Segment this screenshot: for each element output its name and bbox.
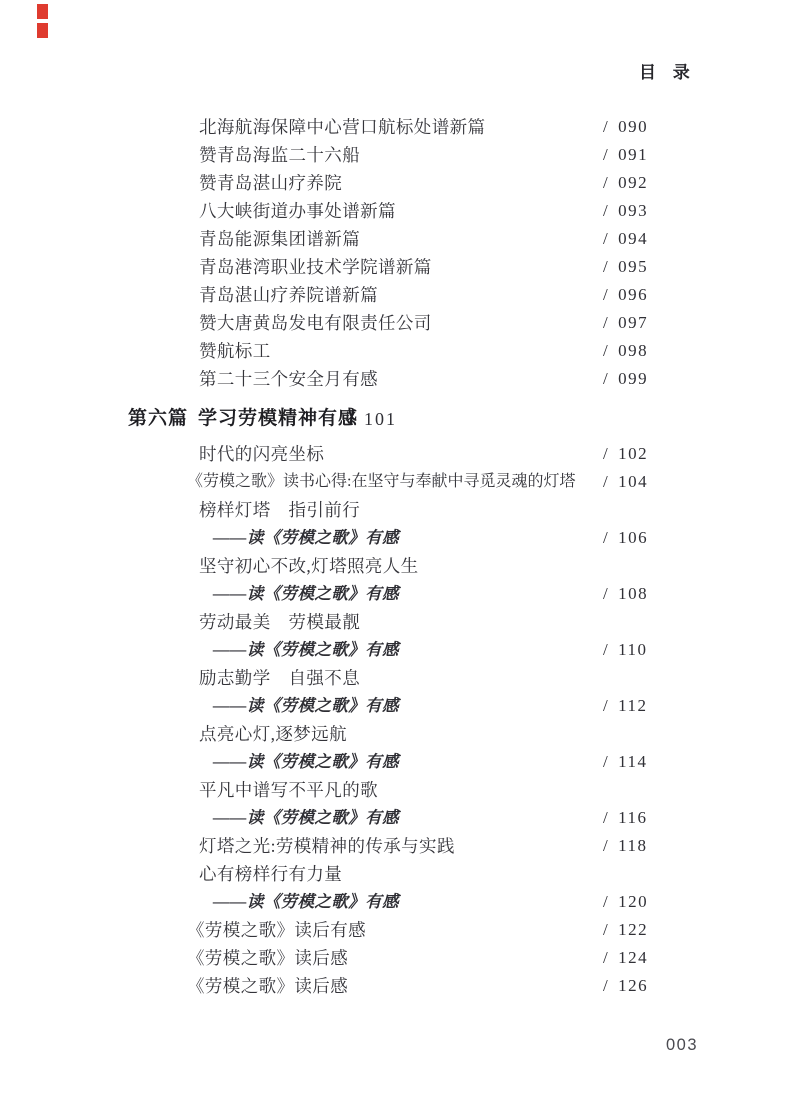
page-slash: / xyxy=(603,976,608,995)
page-slash: / xyxy=(603,145,608,164)
page-number: 095 xyxy=(618,253,648,281)
page-slash: / xyxy=(603,369,608,388)
toc-entry-page: /126 xyxy=(603,972,648,1000)
page-number: 112 xyxy=(618,692,647,720)
page-number: 124 xyxy=(618,944,648,972)
toc-entry-page: /124 xyxy=(603,944,648,972)
toc-entry-page: /118 xyxy=(603,832,648,860)
toc-entry: 赞航标工 /098 xyxy=(0,337,799,365)
toc-entry: 《劳模之歌》读后感 /126 xyxy=(0,972,799,1000)
toc-entry: 时代的闪亮坐标 /102 xyxy=(0,440,799,468)
page-number: 090 xyxy=(618,113,648,141)
toc-entry: 榜样灯塔 指引前行 xyxy=(0,496,799,524)
toc-entry-page: /112 xyxy=(603,692,648,720)
page-slash: / xyxy=(603,584,608,603)
toc-entry-title: 《劳模之歌》读后感 xyxy=(187,972,348,1000)
toc-entry-page: /108 xyxy=(603,580,648,608)
red-corner-mark xyxy=(37,4,48,42)
red-bar xyxy=(37,4,48,19)
toc-entry-title: 时代的闪亮坐标 xyxy=(199,440,324,468)
page-number: 092 xyxy=(618,169,648,197)
toc-entry: ——读《劳模之歌》有感 /114 xyxy=(0,748,799,776)
toc-entry: ——读《劳模之歌》有感 /108 xyxy=(0,580,799,608)
toc-entry: ——读《劳模之歌》有感 /110 xyxy=(0,636,799,664)
toc-entry-title: 青岛能源集团谱新篇 xyxy=(199,225,360,253)
page-slash: / xyxy=(603,836,608,855)
toc-entry-title: 北海航海保障中心营口航标处谱新篇 xyxy=(199,113,485,141)
toc-entry-title: 青岛港湾职业技术学院谱新篇 xyxy=(199,253,432,281)
page-number: 094 xyxy=(618,225,648,253)
page-number: 126 xyxy=(618,972,648,1000)
toc-entry: 《劳模之歌》读后感 /124 xyxy=(0,944,799,972)
page-slash: / xyxy=(603,640,608,659)
page-number: 102 xyxy=(618,440,648,468)
toc-entry-page: /104 xyxy=(603,468,648,496)
toc-entry: 灯塔之光:劳模精神的传承与实践 /118 xyxy=(0,832,799,860)
section-title: 学习劳模精神有感 xyxy=(198,404,358,434)
toc-entry: 第二十三个安全月有感 /099 xyxy=(0,365,799,393)
toc-entry-title: 《劳模之歌》读后感 xyxy=(187,944,348,972)
toc-entry: 点亮心灯,逐梦远航 xyxy=(0,720,799,748)
toc-entry-title: ——读《劳模之歌》有感 xyxy=(213,580,399,608)
toc-entry-title: 《劳模之歌》读书心得:在坚守与奉献中寻觅灵魂的灯塔 xyxy=(187,468,575,496)
toc-entry: 青岛能源集团谱新篇 /094 xyxy=(0,225,799,253)
toc-entry: 北海航海保障中心营口航标处谱新篇 /090 xyxy=(0,113,799,141)
toc-entry-page: /122 xyxy=(603,916,648,944)
toc-entry-page: /102 xyxy=(603,440,648,468)
toc-entry-title: ——读《劳模之歌》有感 xyxy=(213,804,399,832)
page-slash: / xyxy=(603,173,608,192)
toc-entry: 赞青岛湛山疗养院 /092 xyxy=(0,169,799,197)
toc-entry-page: /096 xyxy=(603,281,648,309)
page-number: 106 xyxy=(618,524,648,552)
toc-entry: 青岛湛山疗养院谱新篇 /096 xyxy=(0,281,799,309)
toc-entry-title: ——读《劳模之歌》有感 xyxy=(213,888,399,916)
toc-entry-title: 点亮心灯,逐梦远航 xyxy=(199,720,347,748)
toc-entry-page: /114 xyxy=(603,748,648,776)
toc-entry: 平凡中谱写不平凡的歌 xyxy=(0,776,799,804)
page-number: 091 xyxy=(618,141,648,169)
toc-entry: 赞大唐黄岛发电有限责任公司 /097 xyxy=(0,309,799,337)
toc-entry: 赞青岛海监二十六船 /091 xyxy=(0,141,799,169)
page-slash: / xyxy=(603,528,608,547)
toc-entry-page: /120 xyxy=(603,888,648,916)
red-bar xyxy=(37,23,48,38)
toc-entry: 心有榜样行有力量 xyxy=(0,860,799,888)
section-label: 第六篇 xyxy=(128,404,188,434)
page-slash: / xyxy=(603,696,608,715)
toc-page: 目 录 北海航海保障中心营口航标处谱新篇 /090 赞青岛海监二十六船 /091… xyxy=(0,0,799,1118)
section-header: 第六篇 学习劳模精神有感 / 101 xyxy=(0,404,799,434)
page-slash: / xyxy=(603,229,608,248)
toc-entry-page: /094 xyxy=(603,225,648,253)
toc-entry-title: 赞青岛湛山疗养院 xyxy=(199,169,342,197)
section-page-number: 101 xyxy=(364,404,397,434)
page-slash: / xyxy=(603,285,608,304)
toc-entry-title: 八大峡街道办事处谱新篇 xyxy=(199,197,396,225)
toc-entry-title: ——读《劳模之歌》有感 xyxy=(213,524,399,552)
page-number: 122 xyxy=(618,916,648,944)
page-slash: / xyxy=(603,257,608,276)
page-number: 099 xyxy=(618,365,648,393)
toc-entry: 《劳模之歌》读书心得:在坚守与奉献中寻觅灵魂的灯塔 /104 xyxy=(0,468,799,496)
toc-entry-title: 坚守初心不改,灯塔照亮人生 xyxy=(199,552,419,580)
page-number: 114 xyxy=(618,748,647,776)
toc-entry: ——读《劳模之歌》有感 /112 xyxy=(0,692,799,720)
toc-entry-title: 赞青岛海监二十六船 xyxy=(199,141,360,169)
page-number: 120 xyxy=(618,888,648,916)
toc-entry-page: /097 xyxy=(603,309,648,337)
page-number: 118 xyxy=(618,832,647,860)
page-number: 098 xyxy=(618,337,648,365)
toc-entry-page: /093 xyxy=(603,197,648,225)
section-page-slash: / xyxy=(349,404,354,434)
toc-entry: 八大峡街道办事处谱新篇 /093 xyxy=(0,197,799,225)
toc-entry-title: 第二十三个安全月有感 xyxy=(199,365,378,393)
toc-entry-title: 青岛湛山疗养院谱新篇 xyxy=(199,281,378,309)
toc-entry-title: 心有榜样行有力量 xyxy=(199,860,342,888)
page-slash: / xyxy=(603,948,608,967)
toc-entry-page: /095 xyxy=(603,253,648,281)
page-slash: / xyxy=(603,472,608,491)
toc-entry: 励志勤学 自强不息 xyxy=(0,664,799,692)
toc-entry-page: /106 xyxy=(603,524,648,552)
toc-entry: 劳动最美 劳模最靓 xyxy=(0,608,799,636)
page-number: 108 xyxy=(618,580,648,608)
folio-page-number: 003 xyxy=(666,1036,698,1055)
toc-entry: ——读《劳模之歌》有感 /116 xyxy=(0,804,799,832)
toc-entry-page: /090 xyxy=(603,113,648,141)
toc-list-part2: 时代的闪亮坐标 /102 《劳模之歌》读书心得:在坚守与奉献中寻觅灵魂的灯塔 /… xyxy=(0,440,799,1000)
toc-entry-page: /092 xyxy=(603,169,648,197)
toc-entry-title: 榜样灯塔 指引前行 xyxy=(199,496,360,524)
toc-entry-title: 劳动最美 劳模最靓 xyxy=(199,608,360,636)
page-slash: / xyxy=(603,444,608,463)
page-slash: / xyxy=(603,341,608,360)
toc-entry-title: ——读《劳模之歌》有感 xyxy=(213,748,399,776)
page-number: 097 xyxy=(618,309,648,337)
toc-entry-page: /110 xyxy=(603,636,648,664)
toc-entry-title: 灯塔之光:劳模精神的传承与实践 xyxy=(199,832,455,860)
toc-entry: 《劳模之歌》读后有感 /122 xyxy=(0,916,799,944)
page-slash: / xyxy=(603,201,608,220)
running-head-title: 目 录 xyxy=(639,61,691,85)
page-number: 110 xyxy=(618,636,647,664)
toc-entry: ——读《劳模之歌》有感 /120 xyxy=(0,888,799,916)
toc-entry-page: /098 xyxy=(603,337,648,365)
toc-entry: ——读《劳模之歌》有感 /106 xyxy=(0,524,799,552)
toc-entry: 青岛港湾职业技术学院谱新篇 /095 xyxy=(0,253,799,281)
toc-entry-title: 赞大唐黄岛发电有限责任公司 xyxy=(199,309,432,337)
page-number: 093 xyxy=(618,197,648,225)
toc-entry-title: 赞航标工 xyxy=(199,337,271,365)
toc-entry-page: /091 xyxy=(603,141,648,169)
page-number: 116 xyxy=(618,804,647,832)
toc-entry-title: ——读《劳模之歌》有感 xyxy=(213,636,399,664)
page-slash: / xyxy=(603,313,608,332)
toc-entry-title: 《劳模之歌》读后有感 xyxy=(187,916,366,944)
page-slash: / xyxy=(603,920,608,939)
toc-entry-page: /116 xyxy=(603,804,648,832)
page-number: 104 xyxy=(618,468,648,496)
toc-entry: 坚守初心不改,灯塔照亮人生 xyxy=(0,552,799,580)
toc-entry-page: /099 xyxy=(603,365,648,393)
page-number: 096 xyxy=(618,281,648,309)
toc-entry-title: 平凡中谱写不平凡的歌 xyxy=(199,776,378,804)
toc-entry-title: ——读《劳模之歌》有感 xyxy=(213,692,399,720)
page-slash: / xyxy=(603,892,608,911)
page-slash: / xyxy=(603,752,608,771)
page-slash: / xyxy=(603,117,608,136)
toc-list-part1: 北海航海保障中心营口航标处谱新篇 /090 赞青岛海监二十六船 /091 赞青岛… xyxy=(0,113,799,393)
toc-entry-title: 励志勤学 自强不息 xyxy=(199,664,360,692)
page-slash: / xyxy=(603,808,608,827)
